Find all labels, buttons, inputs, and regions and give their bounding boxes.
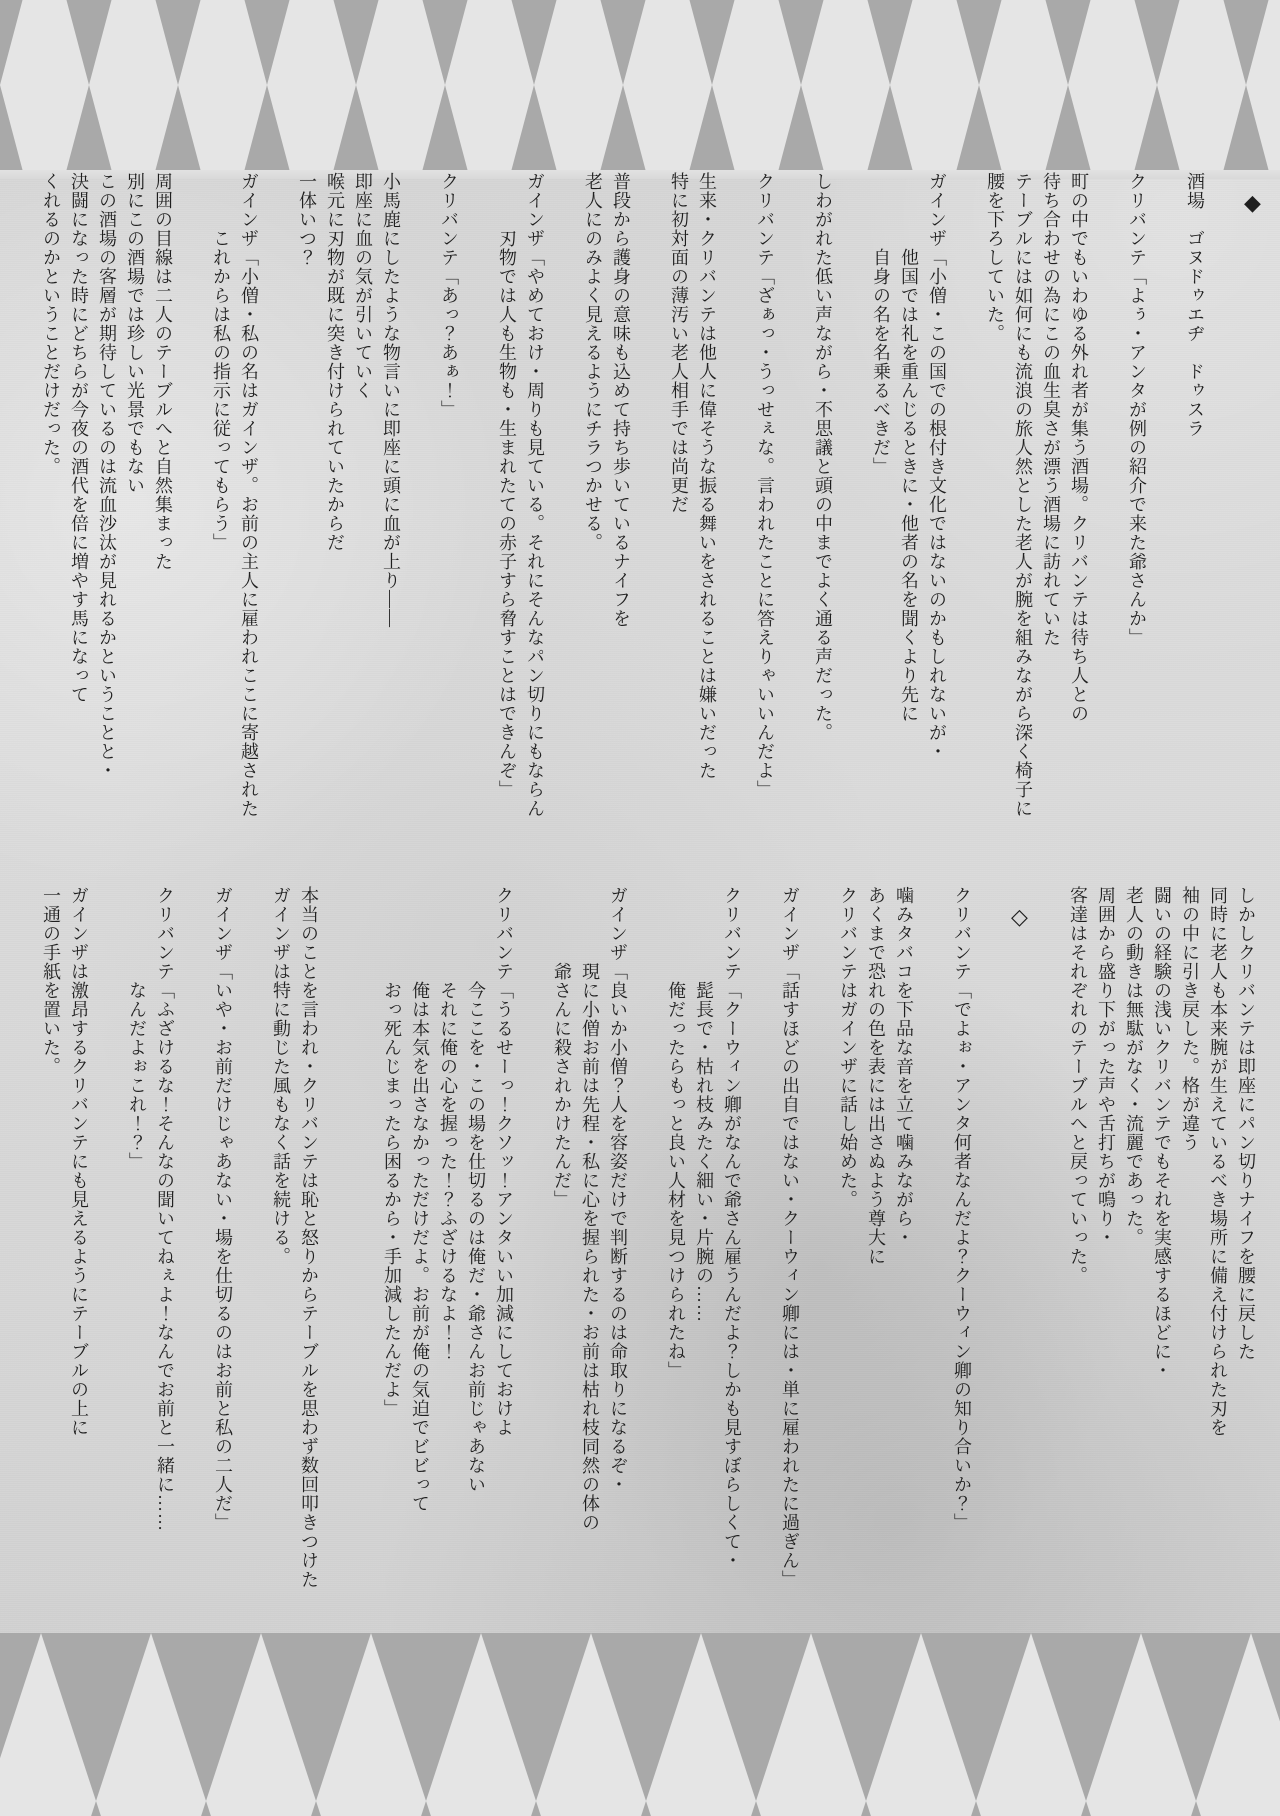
text-column: 周囲の目線は二人のテーブルへと自然集まった (149, 172, 177, 848)
text-column: 決闘になった時にどちらが今夜の酒代を倍に増やす馬になって (65, 172, 93, 848)
text-column: 俺は本気を出さなかっただけだよ。お前が俺の気迫でビビって (406, 886, 434, 1620)
text-column: 髭長で・枯れ枝みたく細い・片腕の…… (690, 886, 718, 1620)
text-column: ガインザ「良いか小僧？人を容姿だけで判断するのは命取りになるぞ・ (604, 886, 632, 1620)
text-column: 小馬鹿にしたような物言いに即座に頭に血が上り―― (377, 172, 405, 848)
text-column: 喉元に刃物が既に突き付けられていたからだ (321, 172, 349, 848)
text-column: 老人にのみよく見えるようにチラつかせる。 (579, 172, 607, 848)
text-column: 待ち合わせの為にこの血生臭さが漂う酒場に訪れていた (1037, 172, 1065, 848)
text-column: ガインザ「小僧・私の名はガインザ。お前の主人に雇われここに寄越された (235, 172, 263, 848)
text-column: ガインザ「話すほどの出自ではない・クーウィン卿には・単に雇われたに過ぎん」 (776, 886, 804, 1620)
text-column: 刃物では人も生物も・生まれたての赤子すら脅すことはできんぞ」 (493, 172, 521, 848)
text-column: 袖の中に引き戻した。格が違う (1176, 886, 1204, 1620)
text-column: テーブルには如何にも流浪の旅人然とした老人が腕を組みながら深く椅子に (1009, 172, 1037, 848)
text-column: 客達はそれぞれのテーブルへと戻っていった。 (1064, 886, 1092, 1620)
text-column: クリバンテ「ざぁっ・うっせぇな。言われたことに答えりゃいいんだよ」 (751, 172, 779, 848)
text-column: 周囲から盛り下がった声や舌打ちが鳴り・ (1092, 886, 1120, 1620)
text-column: 自身の名を名乗るべきだ」 (867, 172, 895, 848)
section-marker: ◇ (1006, 886, 1034, 1620)
text-column: 即座に血の気が引いていく (349, 172, 377, 848)
text-column: ガインザは特に動じた風もなく話を続ける。 (267, 886, 295, 1620)
text-column: クリバンテはガインザに話し始めた。 (834, 886, 862, 1620)
argyle-border-bottom-icon (0, 1633, 1280, 1816)
text-column: ガインザ「いや・お前だけじゃあない・場を仕切るのはお前と私の二人だ」 (209, 886, 237, 1620)
lower-text-block: しかしクリバンテは即座にパン切りナイフを腰に戻した同時に老人も本来腕が生えている… (37, 886, 1260, 1620)
text-column: 他国では礼を重んじるときに・他者の名を聞くより先に (895, 172, 923, 848)
text-column: 現に小僧お前は先程・私に心を握られた・お前は枯れ枝同然の体の (576, 886, 604, 1620)
text-column: 生来・クリバンテは他人に偉そうな振る舞いをされることは嫌いだった (693, 172, 721, 848)
text-column: クリバンテ「でよぉ・アンタ何者なんだよ？クーウィン卿の知り合いか？」 (948, 886, 976, 1620)
manuscript-page: ◆酒場 ゴヌドゥエヂ ドゥスラクリバンテ「よぅ・アンタが例の紹介で来た爺さんか」… (0, 0, 1280, 1816)
text-column: おっ死んじまったら困るから・手加減したんだよ」 (378, 886, 406, 1620)
text-column: 一通の手紙を置いた。 (37, 886, 65, 1620)
argyle-border-top-icon (0, 0, 1280, 170)
text-column: なんだよぉこれ！？」 (123, 886, 151, 1620)
text-column: クリバンテ「うるせーっ！クソッ！アンタいい加減にしておけよ (490, 886, 518, 1620)
section-marker: ◆ (1239, 172, 1267, 848)
text-column: クリバンテ「よぅ・アンタが例の紹介で来た爺さんか」 (1123, 172, 1151, 848)
text-column: クリバンテ「ふざけるな！そんなの聞いてねぇよ！なんでお前と一緒に…… (151, 886, 179, 1620)
text-column: しわがれた低い声ながら・不思議と頭の中までよく通る声だった。 (809, 172, 837, 848)
text-column: 酒場 ゴヌドゥエヂ ドゥスラ (1181, 172, 1209, 848)
text-column: くれるのかということだけだった。 (37, 172, 65, 848)
text-column: クリバンテ「クーウィン卿がなんで爺さん雇うんだよ？しかも見すぼらしくて・ (718, 886, 746, 1620)
text-column: 噛みタバコを下品な音を立て噛みながら・ (890, 886, 918, 1620)
text-column: 普段から護身の意味も込めて持ち歩いているナイフを (607, 172, 635, 848)
text-column: 別にこの酒場では珍しい光景でもない (121, 172, 149, 848)
text-column: ガインザ「小僧・この国での根付き文化ではないのかもしれないが・ (923, 172, 951, 848)
text-column: あくまで恐れの色を表には出さぬよう尊大に (862, 886, 890, 1620)
text-column: 一体いつ？ (293, 172, 321, 848)
text-column: 本当のことを言われ・クリバンテは恥と怒りからテーブルを思わず数回叩きつけた (295, 886, 323, 1620)
text-column: 今ここを・この場を仕切るのは俺だ・爺さんお前じゃあない (462, 886, 490, 1620)
text-column: 爺さんに殺されかけたんだ」 (548, 886, 576, 1620)
text-column: 同時に老人も本来腕が生えているべき場所に備え付けられた刃を (1204, 886, 1232, 1620)
text-column: これからは私の指示に従ってもらう」 (207, 172, 235, 848)
text-column: クリバンテ「あっ？あぁ！」 (435, 172, 463, 848)
text-column: 特に初対面の薄汚い老人相手では尚更だ (665, 172, 693, 848)
text-column: しかしクリバンテは即座にパン切りナイフを腰に戻した (1232, 886, 1260, 1620)
text-column: 町の中でもいわゆる外れ者が集う酒場。クリバンテは待ち人との (1065, 172, 1093, 848)
text-column: 老人の動きは無駄がなく・流麗であった。 (1120, 886, 1148, 1620)
text-column: ガインザは激昂するクリバンテにも見えるようにテーブルの上に (65, 886, 93, 1620)
text-column: 腰を下ろしていた。 (981, 172, 1009, 848)
text-column: 闘いの経験の浅いクリバンテでもそれを実感するほどに・ (1148, 886, 1176, 1620)
text-column: ガインザ「やめておけ・周りも見ている。それにそんなパン切りにもならん (521, 172, 549, 848)
text-column: 俺だったらもっと良い人材を見つけられたね」 (662, 886, 690, 1620)
upper-text-block: ◆酒場 ゴヌドゥエヂ ドゥスラクリバンテ「よぅ・アンタが例の紹介で来た爺さんか」… (37, 172, 1267, 848)
text-column: それに俺の心を握った！？ふざけるなよ！！ (434, 886, 462, 1620)
text-column: この酒場の客層が期待しているのは流血沙汰が見れるかということと・ (93, 172, 121, 848)
